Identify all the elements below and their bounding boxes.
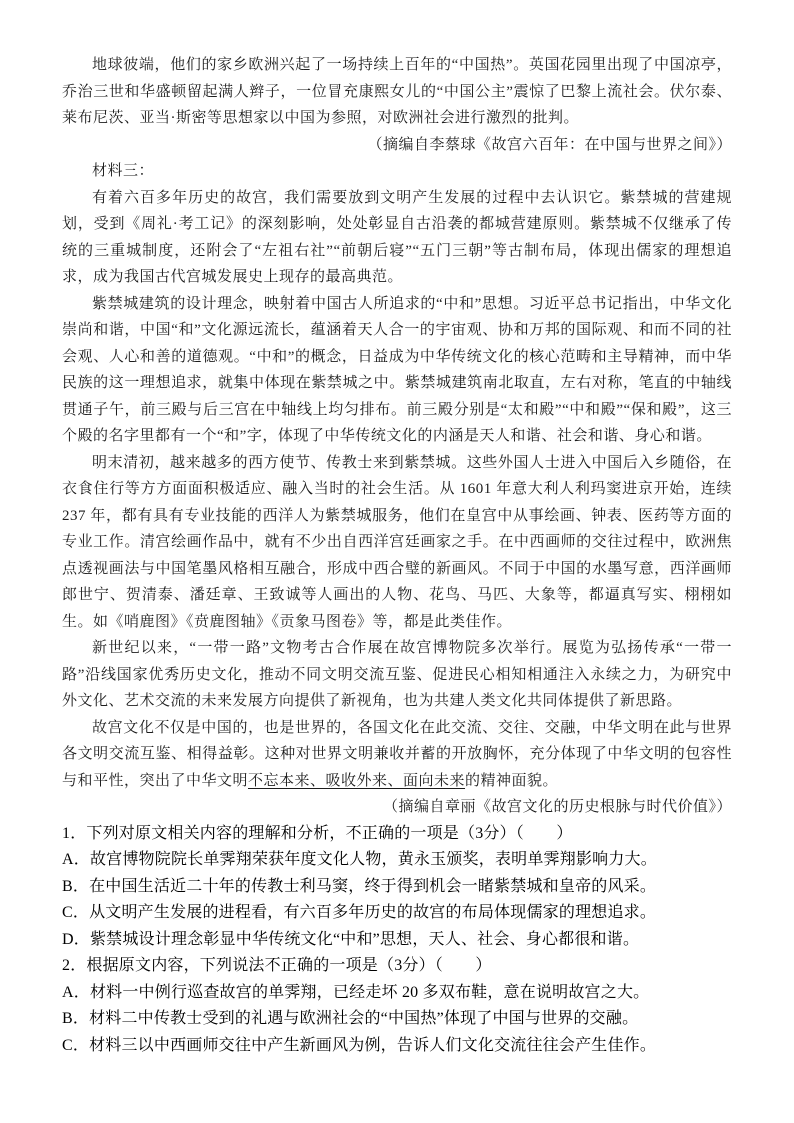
question-1-option-b: B．在中国生活近二十年的传教士利马窦，终于得到机会一睹紫禁城和皇帝的风采。 [62, 874, 732, 901]
material2-last-paragraph: 地球彼端，他们的家乡欧洲兴起了一场持续上百年的“中国热”。英国花园里出现了中国凉… [62, 52, 732, 132]
questions-section: 1．下列对原文相关内容的理解和分析，不正确的一项是（3分）（ ） A．故宫博物院… [62, 821, 732, 1060]
material2-citation: （摘编自李蔡球《故宫六百年：在中国与世界之间》） [62, 132, 732, 159]
question-2-option-c: C．材料三以中西画师交往中产生新画风为例，告诉人们文化交流往往会产生佳作。 [62, 1033, 732, 1060]
question-1-option-d: D．紫禁城设计理念彰显中华传统文化“中和”思想，天人、社会、身心都很和谐。 [62, 927, 732, 954]
material3-paragraph-1: 有着六百多年历史的故宫，我们需要放到文明产生发展的过程中去认识它。紫禁城的营建规… [62, 185, 732, 291]
question-1-stem: 1．下列对原文相关内容的理解和分析，不正确的一项是（3分）（ ） [62, 821, 732, 848]
underlined-phrase: 不忘本来、吸收外来、面向未来 [248, 773, 465, 789]
question-1-option-a: A．故宫博物院院长单霁翔荣获年度文化人物，黄永玉颁奖，表明单霁翔影响力大。 [62, 847, 732, 874]
material3-label: 材料三： [62, 158, 732, 185]
material3-paragraph-4: 新世纪以来，“一带一路”文物考古合作展在故宫博物院多次举行。展览为弘扬传承“一带… [62, 635, 732, 715]
material3-citation: （摘编自章丽《故宫文化的历史根脉与时代价值》） [62, 794, 732, 821]
material3-paragraph-5: 故宫文化不仅是中国的，也是世界的，各国文化在此交流、交往、交融，中华文明在此与世… [62, 715, 732, 795]
material3-paragraph-2: 紫禁城建筑的设计理念，映射着中国古人所追求的“中和”思想。习近平总书记指出，中华… [62, 291, 732, 450]
question-2-option-a: A．材料一中例行巡查故宫的单霁翔，已经走坏 20 多双布鞋，意在说明故宫之大。 [62, 980, 732, 1007]
question-2-option-b: B．材料二中传教士受到的礼遇与欧洲社会的“中国热”体现了中国与世界的交融。 [62, 1006, 732, 1033]
reading-materials: 地球彼端，他们的家乡欧洲兴起了一场持续上百年的“中国热”。英国花园里出现了中国凉… [62, 52, 732, 821]
paragraph-text-post-underline: 的精神面貌。 [465, 773, 558, 789]
exam-page: 地球彼端，他们的家乡欧洲兴起了一场持续上百年的“中国热”。英国花园里出现了中国凉… [0, 0, 794, 1123]
question-2-stem: 2．根据原文内容，下列说法不正确的一项是（3分）（ ） [62, 953, 732, 980]
question-1-option-c: C．从文明产生发展的进程看，有六百多年历史的故宫的布局体现儒家的理想追求。 [62, 900, 732, 927]
material3-paragraph-3: 明末清初，越来越多的西方使节、传教士来到紫禁城。这些外国人士进入中国后入乡随俗，… [62, 450, 732, 636]
